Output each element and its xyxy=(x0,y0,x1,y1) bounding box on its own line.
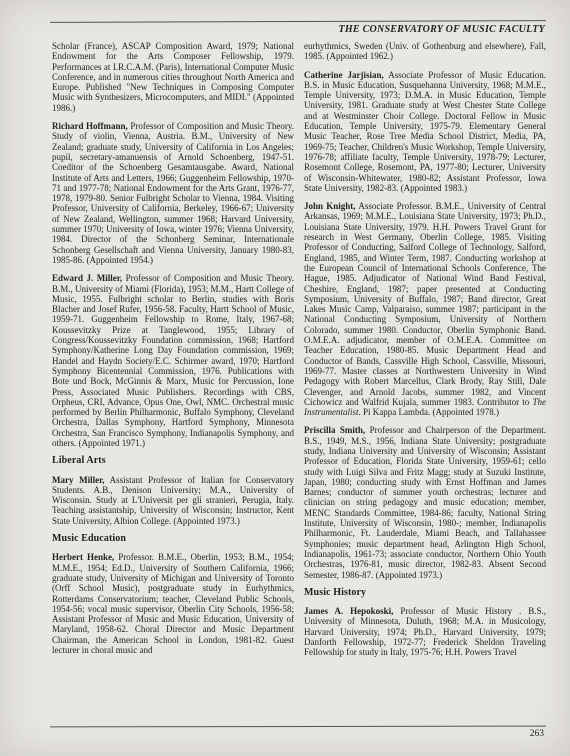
faculty-entry-mary-miller: Mary Miller, Assistant Professor of Ital… xyxy=(52,475,294,526)
faculty-bio-text: Professor. B.M.E., Oberlin, 1953; B.M., … xyxy=(52,552,294,655)
faculty-bio-text: Professor of Composition and Music Theor… xyxy=(52,121,294,265)
faculty-name: James A. Hepokoski, xyxy=(304,606,393,616)
faculty-name: John Knight, xyxy=(304,201,356,211)
faculty-bio-text: . Pi Kappa Lambda. (Appointed 1978.) xyxy=(359,407,499,417)
section-heading-music-education: Music Education xyxy=(52,534,294,544)
faculty-entry-catherine-jarjisian: Catherine Jarjisian, Associate Professor… xyxy=(304,70,546,194)
faculty-entry-priscilla-smith: Priscilla Smith, Professor and Chairpers… xyxy=(304,425,546,579)
header-rule xyxy=(50,20,546,23)
faculty-name: Edward J. Miller, xyxy=(52,273,122,283)
section-heading-music-history: Music History xyxy=(304,588,546,598)
faculty-entry-edward-miller: Edward J. Miller, Professor of Compositi… xyxy=(52,273,294,448)
paragraph-continuation-previous-entry: Scholar (France), ASCAP Composition Awar… xyxy=(52,41,294,113)
right-column: eurhythmics, Sweden (Univ. of Gothenburg… xyxy=(304,41,546,666)
faculty-entry-herbert-henke: Herbert Henke, Professor. B.M.E., Oberli… xyxy=(52,552,294,655)
faculty-entry-james-hepokoski: James A. Hepokoski, Professor of Music H… xyxy=(304,606,546,657)
section-heading-liberal-arts: Liberal Arts xyxy=(52,456,294,466)
faculty-entry-richard-hoffmann: Richard Hoffmann, Professor of Compositi… xyxy=(52,121,294,265)
faculty-name: Herbert Henke, xyxy=(52,552,114,562)
faculty-bio-text: Professor of Composition and Music Theor… xyxy=(52,273,294,448)
faculty-name: Mary Miller, xyxy=(52,475,105,485)
faculty-bio-text: Associate Professor of Music Education. … xyxy=(304,70,546,193)
paragraph-text: eurhythmics, Sweden (Univ. of Gothenburg… xyxy=(304,41,546,61)
faculty-bio-text: Associate Professor. B.M.E., University … xyxy=(304,201,546,407)
faculty-name: Richard Hoffmann, xyxy=(52,121,128,131)
paragraph-continuation-henke: eurhythmics, Sweden (Univ. of Gothenburg… xyxy=(304,41,546,62)
text-columns: Scholar (France), ASCAP Composition Awar… xyxy=(52,41,546,666)
paragraph-text: Scholar (France), ASCAP Composition Awar… xyxy=(52,41,294,113)
scanned-document-page: THE CONSERVATORY OF MUSIC FACULTY Schola… xyxy=(0,0,570,756)
left-column: Scholar (France), ASCAP Composition Awar… xyxy=(52,41,294,666)
running-head-title: THE CONSERVATORY OF MUSIC FACULTY xyxy=(339,24,545,35)
faculty-name: Catherine Jarjisian, xyxy=(304,70,384,80)
faculty-entry-john-knight: John Knight, Associate Professor. B.M.E.… xyxy=(304,201,546,417)
footer-rule xyxy=(50,726,546,728)
faculty-bio-text: Professor and Chairperson of the Departm… xyxy=(304,425,546,579)
page-number: 263 xyxy=(530,729,544,739)
faculty-name: Priscilla Smith, xyxy=(304,425,365,435)
